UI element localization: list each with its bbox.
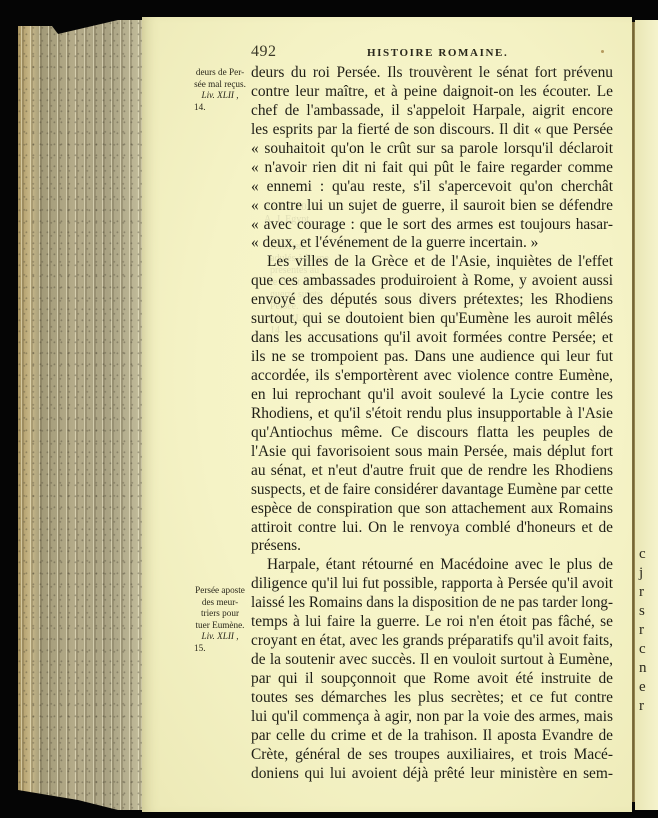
text-line: au sénat, et n'eut d'autre fruit que de … <box>251 462 613 481</box>
text-line: par celle du crime et de la trahison. Il… <box>251 727 613 746</box>
margin-note-reference: Liv. XLII , <box>188 631 252 643</box>
margin-note-reference: 15. <box>188 643 252 655</box>
text-line: croyant en état, avec les grands prépara… <box>251 632 613 651</box>
text-line: accordée, ils s'emportèrent avec violenc… <box>251 367 613 386</box>
text-line: par qui il soupçonnoit que Rome avoit ét… <box>251 670 613 689</box>
text-line: contre leur maître, et à peine daignoit-… <box>251 83 613 102</box>
margin-note-line: tuer Eumène. <box>188 620 252 632</box>
margin-note-1: deurs de Per- sée mal reçus. Liv. XLII ,… <box>188 67 252 113</box>
text-line: toutes ses démarches les plus secrètes; … <box>251 689 613 708</box>
text-line: surtout, qui se doutoient bien qu'Eumène… <box>251 310 613 329</box>
margin-note-line: Persée aposte <box>188 585 252 597</box>
text-line: laissé les Romains dans la disposition d… <box>251 594 613 613</box>
text-line: qu'Antiochus même. Ce discours flatta le… <box>251 424 613 443</box>
facing-page-edge: c j r s r c n e r <box>635 20 658 810</box>
running-head: HISTOIRE ROMAINE. <box>367 47 508 59</box>
text-line: Crète, général de ses troupes auxiliaire… <box>251 746 613 765</box>
margin-note-2: Persée aposte des meur- triers pour tuer… <box>188 585 252 654</box>
facing-page-glyph: j <box>639 564 643 583</box>
text-line: deurs du roi Persée. Ils trouvèrent le s… <box>251 64 613 83</box>
text-line: doniens qui lui avoient déjà prêté leur … <box>251 765 613 784</box>
text-line: ils ne se trompoient pas. Dans une audie… <box>251 348 613 367</box>
margin-note-line: des meur- <box>188 597 252 609</box>
facing-page-glyph: e <box>639 678 646 697</box>
facing-page-glyph: n <box>639 659 647 678</box>
text-line: « ennemi : qu'au reste, s'il s'apercevoi… <box>251 178 613 197</box>
margin-note-line: deurs de Per- <box>188 67 252 79</box>
text-line: espèce de conspiration que son attacheme… <box>251 500 613 519</box>
facing-page-glyph: r <box>639 621 644 640</box>
text-line: « deux, et l'événement de la guerre ince… <box>251 234 613 253</box>
paragraph-start-line: Harpale, étant rétourné en Macédoine ave… <box>251 556 613 575</box>
margin-note-line: sée mal reçus. <box>188 79 252 91</box>
text-line: de la soutenir avec succès. Il en vouloi… <box>251 651 613 670</box>
text-line: l'Asie qui favorisoient sous main Persée… <box>251 443 613 462</box>
page-number: 492 <box>251 43 277 61</box>
margin-note-reference: 14. <box>188 102 252 114</box>
book-scan: Av. R. 580.A. J. Egypt. Rhodiensadulés à… <box>0 0 658 818</box>
text-line: attiroit contre lui. On le renvoya combl… <box>251 519 613 538</box>
text-line: présens. <box>251 537 613 556</box>
text-line: suspects, et de faire considérer davanta… <box>251 481 613 500</box>
margin-note-reference: Liv. XLII , <box>188 90 252 102</box>
text-line: « souhaitoit qu'on le crût sur sa parole… <box>251 140 613 159</box>
page-stack-edge <box>18 20 146 810</box>
text-line: lui qu'il commença à agir, non par la vo… <box>251 708 613 727</box>
paragraph-start-line: Les villes de la Grèce et de l'Asie, inq… <box>251 253 613 272</box>
body-text: deurs du roi Persée. Ils trouvèrent le s… <box>251 64 613 784</box>
text-line: temps à lui faire la guerre. Le roi n'en… <box>251 613 613 632</box>
text-line: Rhodiens, et qu'il s'étoit rendu plus in… <box>251 405 613 424</box>
text-line: « avec courage : que le sort des armes e… <box>251 216 613 235</box>
text-line: diligence qu'il lui fut possible, rappor… <box>251 575 613 594</box>
facing-page-glyph: c <box>639 640 646 659</box>
facing-page-glyph: s <box>639 602 645 621</box>
ink-spot <box>601 50 604 53</box>
facing-page-glyph: r <box>639 697 644 716</box>
text-line: envoyé des députés sous divers prétextes… <box>251 291 613 310</box>
text-line: les esprits par la fierté de son discour… <box>251 121 613 140</box>
facing-page-glyph: c <box>639 545 646 564</box>
facing-page-glyph: r <box>639 583 644 602</box>
text-line: que ces ambassades produiroient à Rome, … <box>251 272 613 291</box>
margin-note-line: triers pour <box>188 608 252 620</box>
text-line: dans les accusations qu'il avoit formées… <box>251 329 613 348</box>
text-line: « n'avoir rien dit ni fait qui pût le fa… <box>251 159 613 178</box>
text-line: en lui reprochant qu'il avoit soulevé la… <box>251 386 613 405</box>
text-line: « contre lui un sujet de guerre, il saur… <box>251 197 613 216</box>
text-line: chef de l'ambassade, il s'appeloit Harpa… <box>251 102 613 121</box>
